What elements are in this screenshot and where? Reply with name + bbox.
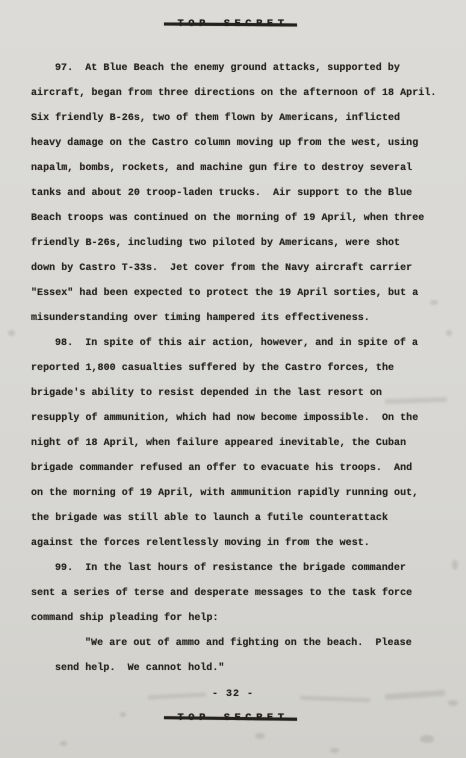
document-body: 97. At Blue Beach the enemy ground attac…: [31, 56, 436, 681]
text-line: 98. In spite of this air action, however…: [31, 331, 436, 356]
text-line: sent a series of terse and desperate mes…: [31, 581, 436, 606]
document-page: TOP SECRET 97. At Blue Beach the enemy g…: [0, 0, 466, 758]
text-line: friendly B-26s, including two piloted by…: [31, 231, 436, 256]
text-line: "Essex" had been expected to protect the…: [31, 281, 436, 306]
text-line: brigade's ability to resist depended in …: [31, 381, 436, 406]
classification-header: TOP SECRET: [0, 18, 466, 30]
page-number: - 32 -: [0, 689, 466, 700]
scan-noise: [446, 330, 452, 336]
scan-noise: [420, 735, 434, 743]
text-line: brigade commander refused an offer to ev…: [31, 456, 436, 481]
scan-noise: [330, 748, 339, 753]
text-line: heavy damage on the Castro column moving…: [31, 131, 436, 156]
text-line: on the morning of 19 April, with ammunit…: [31, 481, 436, 506]
text-line: the brigade was still able to launch a f…: [31, 506, 436, 531]
text-line: command ship pleading for help:: [31, 606, 436, 631]
scan-noise: [448, 700, 458, 706]
text-line: aircraft, began from three directions on…: [31, 81, 436, 106]
text-line: 97. At Blue Beach the enemy ground attac…: [31, 56, 436, 81]
strikethrough-line: TOP SECRET: [175, 18, 290, 30]
text-line: "We are out of ammo and fighting on the …: [31, 631, 436, 656]
classification-bottom-label: TOP SECRET: [177, 712, 288, 724]
classification-footer: TOP SECRET: [0, 712, 466, 724]
text-line: send help. We cannot hold.": [31, 656, 436, 681]
scan-noise: [8, 330, 15, 336]
text-line: 99. In the last hours of resistance the …: [31, 556, 436, 581]
text-line: Beach troops was continued on the mornin…: [31, 206, 436, 231]
text-line: Six friendly B-26s, two of them flown by…: [31, 106, 436, 131]
text-line: tanks and about 20 troop-laden trucks. A…: [31, 181, 436, 206]
text-line: resupply of ammunition, which had now be…: [31, 406, 436, 431]
strikethrough-line: TOP SECRET: [175, 712, 290, 724]
text-line: down by Castro T-33s. Jet cover from the…: [31, 256, 436, 281]
scan-noise: [60, 741, 67, 746]
scan-noise: [255, 733, 265, 739]
text-line: misunderstanding over timing hampered it…: [31, 306, 436, 331]
text-line: reported 1,800 casualties suffered by th…: [31, 356, 436, 381]
classification-top-label: TOP SECRET: [177, 18, 288, 30]
scan-noise: [452, 560, 458, 570]
text-line: against the forces relentlessly moving i…: [31, 531, 436, 556]
text-line: night of 18 April, when failure appeared…: [31, 431, 436, 456]
text-line: napalm, bombs, rockets, and machine gun …: [31, 156, 436, 181]
